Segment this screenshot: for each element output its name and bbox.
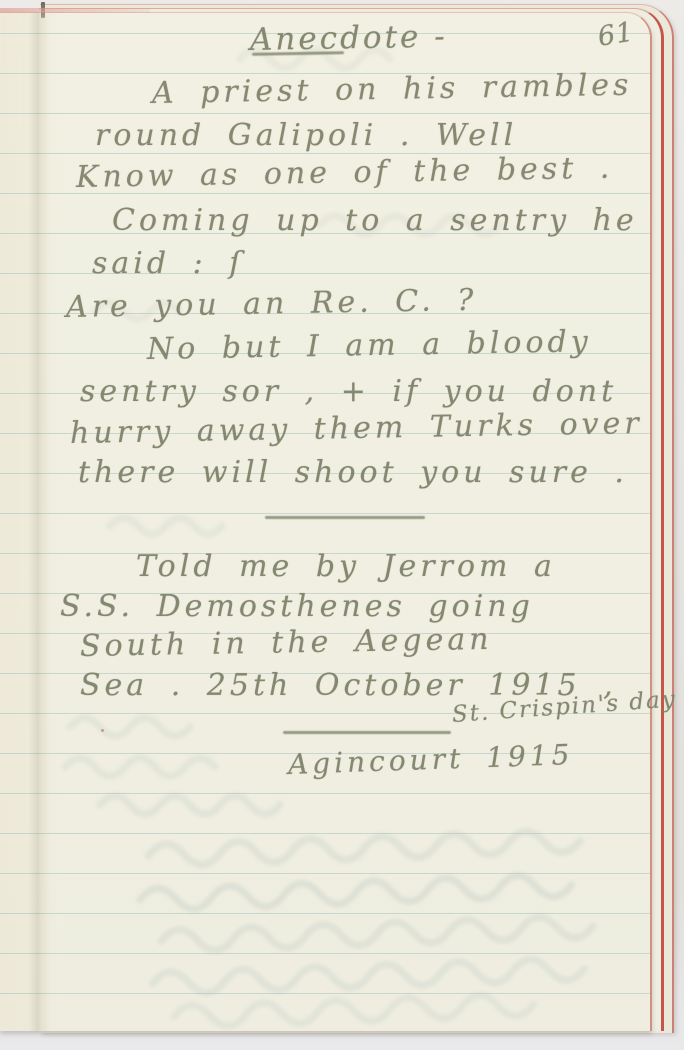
handwriting-line: round Galipoli . Well <box>95 118 517 153</box>
handwriting-line: South in the Aegean <box>80 622 493 664</box>
page-top-edge-tint <box>0 8 150 13</box>
handwriting-line: there will shoot you sure . <box>78 455 628 490</box>
page-number: 61 <box>596 17 637 53</box>
ink-speck <box>101 729 104 732</box>
handwriting-line: said : ſ <box>92 246 244 281</box>
handwriting-line: sentry sor , + if you dont <box>80 374 617 409</box>
handwriting-line: Coming up to a sentry he <box>112 203 638 238</box>
ink-flourish-stroke <box>283 731 451 734</box>
handwriting-line: Are you an Re. C. ? <box>66 283 478 325</box>
binding-crease <box>28 13 50 1031</box>
ink-divider <box>265 516 425 519</box>
handwriting-line: S.S. Demosthenes going <box>60 589 534 624</box>
photo-background: Anecdote - 61 A priest on his rambles ro… <box>0 0 684 1050</box>
handwriting-line: Told me by Jerrom a <box>136 549 556 584</box>
